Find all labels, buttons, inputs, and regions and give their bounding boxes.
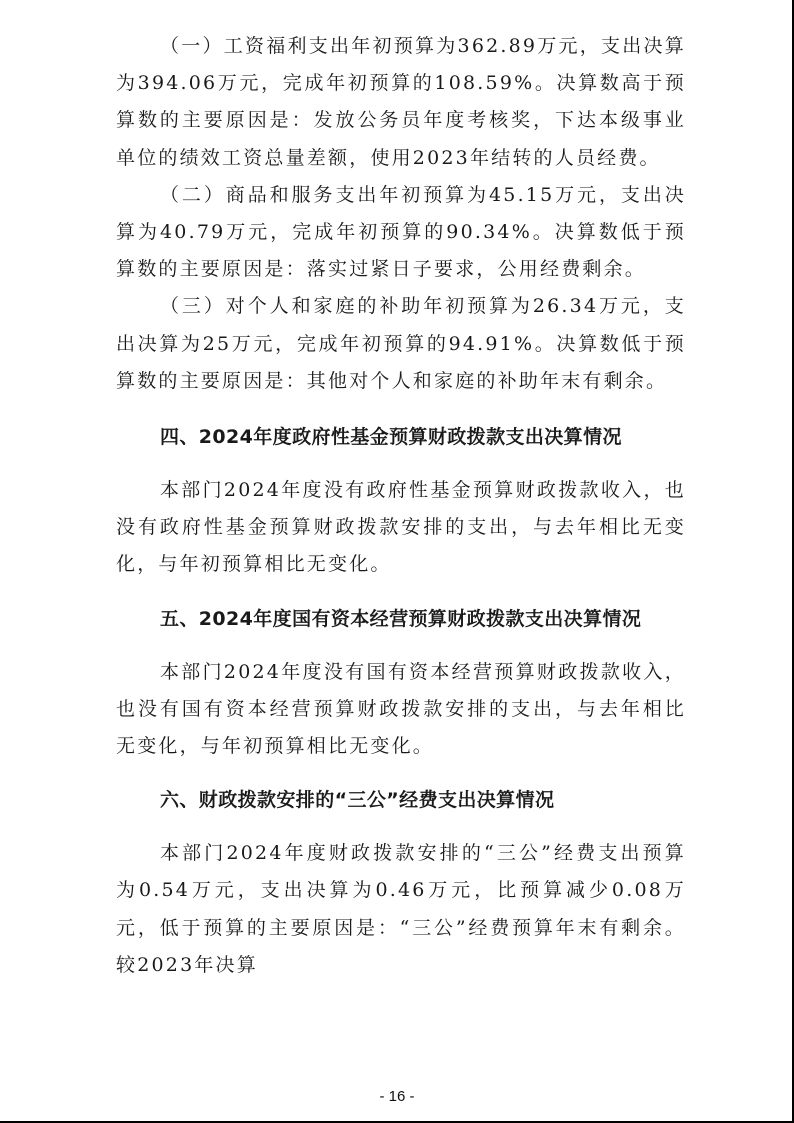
- page-content: （一）工资福利支出年初预算为362.89万元，支出决算为394.06万元，完成年…: [116, 28, 686, 984]
- paragraph-three-public-expenses: 本部门2024年度财政拨款安排的“三公”经费支出预算为0.54万元，支出决算为0…: [116, 835, 686, 984]
- paragraph-state-capital: 本部门2024年度没有国有资本经营预算财政拨款收入，也没有国有资本经营预算财政拨…: [116, 654, 686, 766]
- paragraph-wage-welfare: （一）工资福利支出年初预算为362.89万元，支出决算为394.06万元，完成年…: [116, 28, 686, 177]
- document-page: （一）工资福利支出年初预算为362.89万元，支出决算为394.06万元，完成年…: [0, 0, 794, 1123]
- page-number: - 16 -: [0, 1088, 794, 1105]
- paragraph-goods-services: （二）商品和服务支出年初预算为45.15万元，支出决算为40.79万元，完成年初…: [116, 177, 686, 289]
- paragraph-government-fund: 本部门2024年度没有政府性基金预算财政拨款收入，也没有政府性基金预算财政拨款安…: [116, 472, 686, 584]
- section-heading-three-public-expenses: 六、财政拨款安排的“三公”经费支出决算情况: [116, 787, 686, 813]
- paragraph-personal-family-subsidy: （三）对个人和家庭的补助年初预算为26.34万元，支出决算为25万元，完成年初预…: [116, 288, 686, 400]
- section-heading-government-fund: 四、2024年度政府性基金预算财政拨款支出决算情况: [116, 424, 686, 450]
- section-heading-state-capital: 五、2024年度国有资本经营预算财政拨款支出决算情况: [116, 606, 686, 632]
